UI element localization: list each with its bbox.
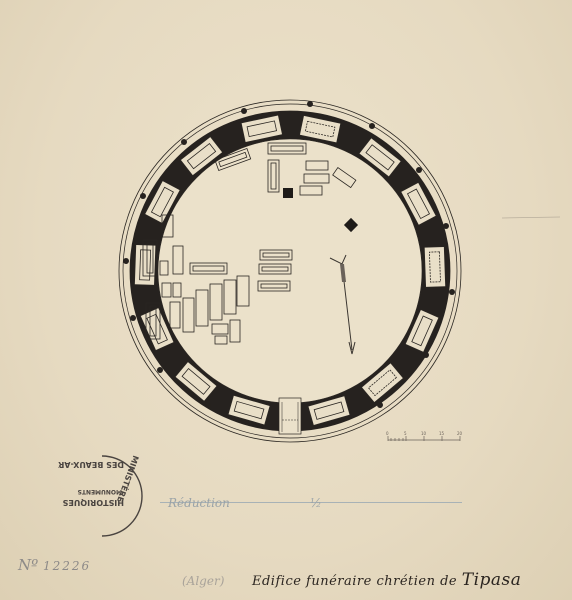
pencil-mark [502, 217, 560, 218]
drawing-title: Edifice funéraire chrétien de Tipasa [252, 570, 521, 590]
scale-tick-0: 0 [386, 431, 389, 436]
reduction-note: Réduction ½ [168, 496, 322, 510]
stamp-historiques: HISTORIQUES [62, 498, 124, 507]
inventory-label: Nº [18, 556, 38, 574]
entrance [279, 398, 301, 434]
reduction-mark: ½ [310, 496, 322, 510]
square-pillar [283, 188, 293, 198]
scale-bar [388, 436, 460, 441]
stamp-beaux-arts: DES BEAUX-ARTS [58, 460, 124, 469]
inventory-number: Nº 12226 [18, 556, 91, 574]
reduction-text: Réduction [168, 496, 230, 510]
title-place: Tipasa [462, 570, 522, 590]
location-note: (Alger) [182, 574, 224, 588]
title-prefix: Edifice funéraire chrétien de [252, 574, 457, 589]
stamp-monuments: MONUMENTS [78, 488, 122, 495]
scale-tick-5: 5 [404, 431, 407, 436]
scale-tick-20: 20 [457, 431, 463, 436]
inventory-value: 12226 [43, 559, 91, 573]
ministry-stamp: HISTORIQUES MONUMENTS MINISTÈRE DES BEAU… [58, 452, 146, 540]
scale-tick-15: 15 [439, 431, 445, 436]
scale-tick-10: 10 [421, 431, 427, 436]
